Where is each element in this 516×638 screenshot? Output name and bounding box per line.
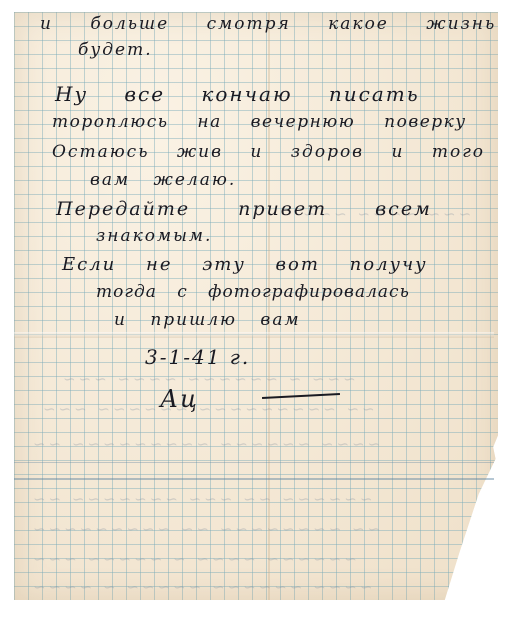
bleed-through-text: ~~~~ ~~~~~~ ~~~~~~~~~ ~~ bbox=[30, 435, 380, 453]
letter-line: Если не эту вот получу bbox=[62, 254, 428, 275]
letter-line: тороплюсь на вечернюю поверку bbox=[52, 112, 467, 132]
bleed-through-text: ~~~~~~ ~~~~ ~ ~~~~~ ~~~ bbox=[30, 550, 357, 568]
bleed-through-text: ~~~~ ~~~~~~ ~~~~~ ~ ~~~~ bbox=[30, 578, 372, 596]
letter-line: Передайте привет всем bbox=[56, 198, 432, 220]
letter-line: знакомым. bbox=[96, 226, 212, 246]
letter-line: и пришлю вам bbox=[114, 310, 301, 330]
letter-signature: Ац bbox=[160, 385, 199, 413]
grid-rule-line bbox=[14, 462, 494, 463]
fold-crease-horizontal bbox=[14, 332, 494, 338]
letter-line: и больше смотря какое жизнь bbox=[40, 14, 496, 34]
letter-line: вам желаю. bbox=[90, 170, 236, 190]
letter-line: будет. bbox=[78, 40, 153, 60]
bleed-through-text: ~~ ~~~~~~~~ ~~ ~~~~~~~~~ bbox=[30, 520, 380, 538]
grid-rule-line bbox=[14, 478, 494, 480]
bleed-through-text: ~~~~~~ ~~ ~~~ ~~~~~~~ ~~ bbox=[30, 490, 372, 508]
letter-line: тогда с фотографировалась bbox=[96, 282, 410, 302]
bleed-through-text: ~~~ ~ ~~~~~~ ~~~~ ~~~ bbox=[60, 370, 356, 388]
letter-line: Остаюсь жив и здоров и того bbox=[52, 142, 485, 162]
bleed-through-text: ~~ ~~~~~~~~~ ~~~~~~ ~~~ bbox=[40, 400, 375, 418]
letter-line: Ну все кончаю писать bbox=[55, 82, 420, 106]
letter-date: 3-1-41 г. bbox=[145, 345, 250, 369]
